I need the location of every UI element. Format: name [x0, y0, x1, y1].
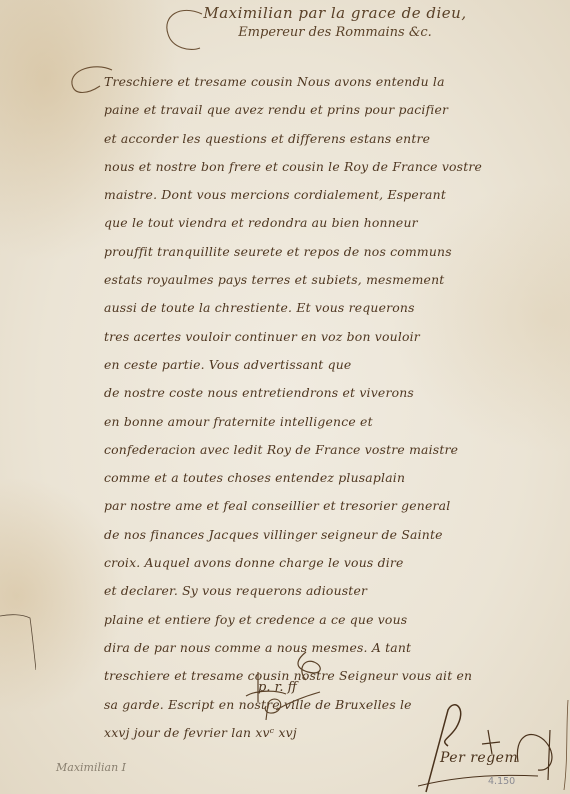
body-line: croix. Auquel avons donne charge le vous… — [104, 549, 554, 577]
body-line: paine et travail que avez rendu et prins… — [104, 96, 554, 124]
body-line: aussi de toute la chrestiente. Et vous r… — [104, 294, 554, 322]
body-line: estats royaulmes pays terres et subiets,… — [104, 266, 554, 294]
body-line: de nos finances Jacques villinger seigne… — [104, 521, 554, 549]
secretary-paraph: p. r. ff — [258, 680, 297, 695]
body-line: tres acertes vouloir continuer en voz bo… — [104, 323, 554, 351]
paper-tear-icon — [0, 612, 36, 672]
body-line: et declarer. Sy vous requerons adiouster — [104, 577, 554, 605]
letter-heading: Maximilian par la grace de dieu, Empereu… — [170, 4, 500, 42]
body-line: Treschiere et tresame cousin Nous avons … — [104, 68, 554, 96]
body-line: nous et nostre bon frere et cousin le Ro… — [104, 153, 554, 181]
manuscript-page: Maximilian par la grace de dieu, Empereu… — [0, 0, 570, 794]
heading-line-1: Maximilian par la grace de dieu, — [170, 4, 500, 23]
body-line: en ceste partie. Vous advertissant que — [104, 351, 554, 379]
royal-signature: Per regem — [440, 750, 518, 766]
body-line: de nostre coste nous entretiendrons et v… — [104, 379, 554, 407]
body-line: plaine et entiere foy et credence a ce q… — [104, 606, 554, 634]
body-line: prouffit tranquillite seurete et repos d… — [104, 238, 554, 266]
letter-body: Treschiere et tresame cousin Nous avons … — [104, 68, 554, 747]
body-line: comme et a toutes choses entendez plusap… — [104, 464, 554, 492]
body-line: que le tout viendra et redondra au bien … — [104, 209, 554, 237]
heading-line-2: Empereur des Rommains &c. — [170, 23, 500, 42]
body-line: et accorder les questions et differens e… — [104, 125, 554, 153]
body-line: maistre. Dont vous mercions cordialement… — [104, 181, 554, 209]
pencil-archival-note: Maximilian I — [56, 761, 126, 774]
body-line: confederacion avec ledit Roy de France v… — [104, 436, 554, 464]
catalog-number: 4.150 — [488, 776, 515, 787]
body-line: par nostre ame et feal conseillier et tr… — [104, 492, 554, 520]
body-line: en bonne amour fraternite intelligence e… — [104, 408, 554, 436]
